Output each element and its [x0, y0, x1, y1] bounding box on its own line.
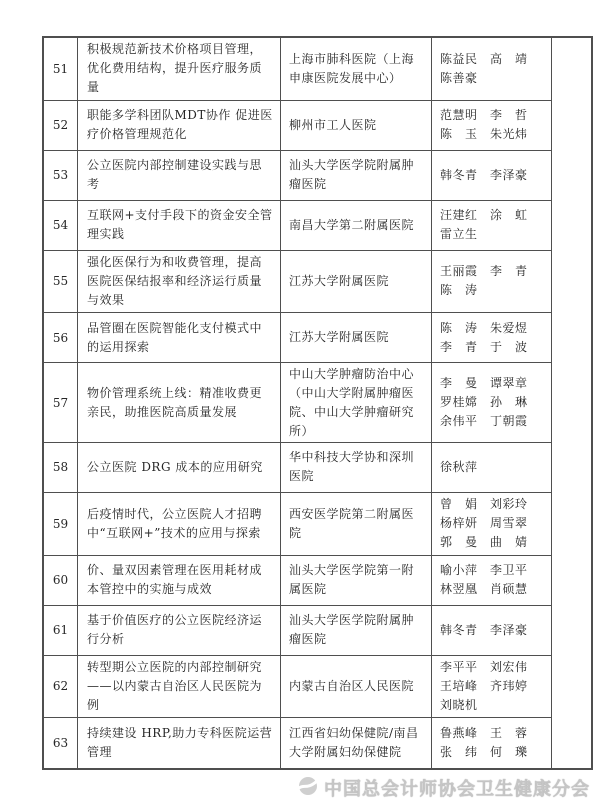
organization: 汕头大学医学院附属肿瘤医院: [281, 151, 432, 200]
project-title: 物价管理系统上线：精准收费更亲民，助推医院高质量发展: [78, 363, 281, 442]
organization: 南昌大学第二附属医院: [281, 201, 432, 250]
row-number: 55: [44, 251, 78, 313]
author-line: 曾 娟 刘彩玲: [440, 495, 549, 514]
table-row: 53 公立医院内部控制建设实践与思考 汕头大学医学院附属肿瘤医院 韩冬青 李泽豪: [44, 151, 551, 201]
author-names: 汪建红 涂 虹雷立生: [432, 201, 551, 250]
row-number: 57: [44, 363, 78, 442]
author-line: 陈善豪: [440, 69, 549, 88]
organization: 汕头大学医学院附属肿瘤医院: [281, 606, 432, 655]
author-line: 杨梓妍 周雪翠: [440, 514, 549, 533]
row-number: 58: [44, 443, 78, 492]
row-number: 54: [44, 201, 78, 250]
author-line: 韩冬青 李泽豪: [440, 166, 549, 185]
footer-brand: 中国总会计师协会卫生健康分会: [324, 775, 590, 801]
project-title: 互联网+支付手段下的资金安全管理实践: [78, 201, 281, 250]
author-line: 韩冬青 李泽豪: [440, 621, 549, 640]
project-title: 公立医院内部控制建设实践与思考: [78, 151, 281, 200]
project-title: 持续建设 HRP,助力专科医院运营管理: [78, 718, 281, 768]
table-row: 62 转型期公立医院的内部控制研究——以内蒙古自治区人民医院为例 内蒙古自治区人…: [44, 656, 551, 719]
project-title: 转型期公立医院的内部控制研究——以内蒙古自治区人民医院为例: [78, 656, 281, 718]
project-title: 职能多学科团队MDT协作 促进医疗价格管理规范化: [78, 101, 281, 150]
author-line: 范慧明 李 哲: [440, 106, 549, 125]
author-names: 李 曼 谭翠章罗桂嫦 孙 琳余伟平 丁朝霞: [432, 363, 551, 442]
project-award-table: 51 积极规范新技术价格项目管理，优化费用结构，提升医疗服务质量 上海市肺科医院…: [42, 36, 593, 770]
watermark-footer: 中国总会计师协会卫生健康分会: [297, 775, 590, 801]
row-number: 53: [44, 151, 78, 200]
author-line: 郭 曼 曲 婧: [440, 533, 549, 552]
organization: 汕头大学医学院第一附属医院: [281, 556, 432, 605]
table-row: 58 公立医院 DRG 成本的应用研究 华中科技大学协和深圳医院 徐秋萍: [44, 443, 551, 493]
row-number: 59: [44, 493, 78, 555]
author-line: 雷立生: [440, 225, 549, 244]
author-names: 韩冬青 李泽豪: [432, 151, 551, 200]
author-line: 陈 涛: [440, 281, 549, 300]
author-line: 刘晓机: [440, 696, 549, 715]
author-line: 喻小萍 李卫平: [440, 561, 549, 580]
author-names: 陈 涛 朱爱煜李 青 于 波: [432, 313, 551, 362]
row-number: 51: [44, 38, 78, 100]
author-line: 鲁燕峰 王 蓉: [440, 724, 549, 743]
project-title: 公立医院 DRG 成本的应用研究: [78, 443, 281, 492]
author-line: 徐秋萍: [440, 458, 549, 477]
row-number: 61: [44, 606, 78, 655]
empty-remark-column: [551, 38, 591, 768]
organization: 西安医学院第二附属医院: [281, 493, 432, 555]
organization: 内蒙古自治区人民医院: [281, 656, 432, 718]
table-row: 60 价、量双因素管理在医用耗材成本管控中的实施与成效 汕头大学医学院第一附属医…: [44, 556, 551, 606]
organization: 上海市肺科医院（上海申康医院发展中心）: [281, 38, 432, 100]
table-row: 52 职能多学科团队MDT协作 促进医疗价格管理规范化 柳州市工人医院 范慧明 …: [44, 101, 551, 151]
row-number: 52: [44, 101, 78, 150]
author-names: 陈益民 高 靖陈善豪: [432, 38, 551, 100]
author-names: 范慧明 李 哲陈 玉 朱光炜: [432, 101, 551, 150]
scanned-document-page: 51 积极规范新技术价格项目管理，优化费用结构，提升医疗服务质量 上海市肺科医院…: [0, 0, 596, 808]
brand-logo-icon: [297, 775, 319, 801]
organization: 江西省妇幼保健院/南昌大学附属妇幼保健院: [281, 718, 432, 768]
organization: 中山大学肿瘤防治中心（中山大学附属肿瘤医院、中山大学肿瘤研究所）: [281, 363, 432, 442]
author-names: 喻小萍 李卫平林翌凰 肖硕慧: [432, 556, 551, 605]
author-names: 韩冬青 李泽豪: [432, 606, 551, 655]
project-title: 基于价值医疗的公立医院经济运行分析: [78, 606, 281, 655]
table-row: 51 积极规范新技术价格项目管理，优化费用结构，提升医疗服务质量 上海市肺科医院…: [44, 38, 551, 101]
author-line: 陈 涛 朱爱煜: [440, 319, 549, 338]
project-title: 强化医保行为和收费管理，提高医院医保结报率和经济运行质量与效果: [78, 251, 281, 313]
organization: 柳州市工人医院: [281, 101, 432, 150]
author-names: 曾 娟 刘彩玲杨梓妍 周雪翠郭 曼 曲 婧: [432, 493, 551, 555]
table-row: 59 后疫情时代，公立医院人才招聘中“互联网+”技术的应用与探索 西安医学院第二…: [44, 493, 551, 556]
author-line: 陈 玉 朱光炜: [440, 125, 549, 144]
row-number: 63: [44, 718, 78, 768]
author-line: 李 青 于 波: [440, 338, 549, 357]
organization: 华中科技大学协和深圳医院: [281, 443, 432, 492]
table-row: 57 物价管理系统上线：精准收费更亲民，助推医院高质量发展 中山大学肿瘤防治中心…: [44, 363, 551, 443]
project-title: 后疫情时代，公立医院人才招聘中“互联网+”技术的应用与探索: [78, 493, 281, 555]
table-row: 56 品管圈在医院智能化支付模式中的运用探索 江苏大学附属医院 陈 涛 朱爱煜李…: [44, 313, 551, 363]
author-line: 林翌凰 肖硕慧: [440, 580, 549, 599]
author-names: 李平平 刘宏伟王培峰 齐玮婷刘晓机: [432, 656, 551, 718]
table-row: 54 互联网+支付手段下的资金安全管理实践 南昌大学第二附属医院 汪建红 涂 虹…: [44, 201, 551, 251]
author-line: 陈益民 高 靖: [440, 50, 549, 69]
author-line: 余伟平 丁朝霞: [440, 412, 549, 431]
project-title: 价、量双因素管理在医用耗材成本管控中的实施与成效: [78, 556, 281, 605]
project-title: 品管圈在医院智能化支付模式中的运用探索: [78, 313, 281, 362]
author-names: 王丽霞 李 青陈 涛: [432, 251, 551, 313]
row-number: 60: [44, 556, 78, 605]
author-line: 汪建红 涂 虹: [440, 206, 549, 225]
table-row: 63 持续建设 HRP,助力专科医院运营管理 江西省妇幼保健院/南昌大学附属妇幼…: [44, 718, 551, 768]
author-names: 徐秋萍: [432, 443, 551, 492]
author-line: 王培峰 齐玮婷: [440, 677, 549, 696]
author-line: 张 纬 何 瓅: [440, 743, 549, 762]
author-line: 王丽霞 李 青: [440, 262, 549, 281]
organization: 江苏大学附属医院: [281, 251, 432, 313]
author-names: 鲁燕峰 王 蓉张 纬 何 瓅: [432, 718, 551, 768]
table-row: 61 基于价值医疗的公立医院经济运行分析 汕头大学医学院附属肿瘤医院 韩冬青 李…: [44, 606, 551, 656]
table-rows: 51 积极规范新技术价格项目管理，优化费用结构，提升医疗服务质量 上海市肺科医院…: [44, 38, 551, 768]
row-number: 62: [44, 656, 78, 718]
author-line: 罗桂嫦 孙 琳: [440, 393, 549, 412]
author-line: 李 曼 谭翠章: [440, 374, 549, 393]
organization: 江苏大学附属医院: [281, 313, 432, 362]
author-line: 李平平 刘宏伟: [440, 658, 549, 677]
project-title: 积极规范新技术价格项目管理，优化费用结构，提升医疗服务质量: [78, 38, 281, 100]
row-number: 56: [44, 313, 78, 362]
table-row: 55 强化医保行为和收费管理，提高医院医保结报率和经济运行质量与效果 江苏大学附…: [44, 251, 551, 314]
